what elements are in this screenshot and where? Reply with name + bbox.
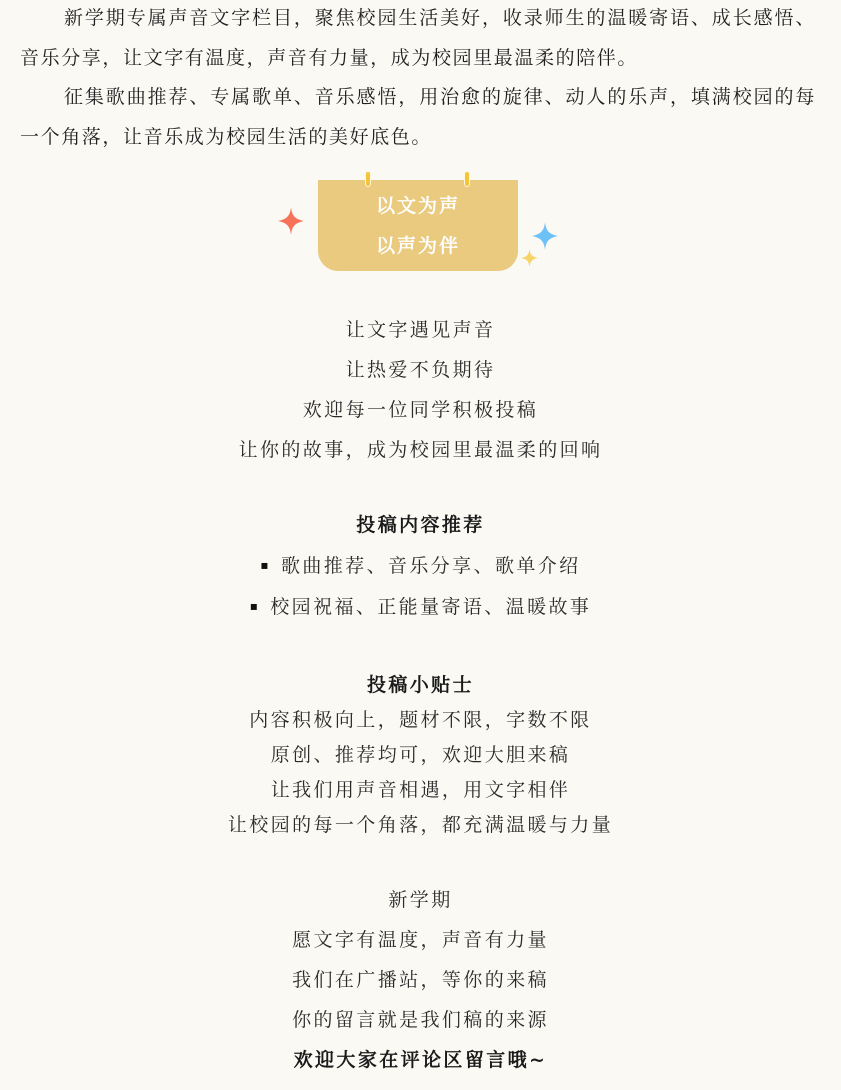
- binder-ring-icon: [365, 171, 371, 187]
- closing-line: 新学期: [0, 880, 841, 920]
- banner-line-2: 以声为伴: [376, 226, 460, 266]
- recommend-section: 投稿内容推荐 ▪歌曲推荐、音乐分享、歌单介绍 ▪校园祝福、正能量寄语、温暖故事: [0, 505, 841, 627]
- bullet-icon: ▪: [260, 558, 271, 572]
- recommend-item: ▪歌曲推荐、音乐分享、歌单介绍: [0, 545, 841, 586]
- sparkle-blue-icon: [532, 222, 558, 250]
- binder-ring-icon: [464, 171, 470, 187]
- recommend-item-text: 歌曲推荐、音乐分享、歌单介绍: [281, 555, 581, 577]
- verse-line: 让文字遇见声音: [0, 310, 841, 350]
- tips-line: 让我们用声音相遇，用文字相伴: [0, 773, 841, 808]
- call-to-action: 欢迎大家在评论区留言哦~: [0, 1040, 841, 1080]
- closing-line: 我们在广播站，等你的来稿: [0, 960, 841, 1000]
- closing-line: 愿文字有温度，声音有力量: [0, 920, 841, 960]
- banner-card: 以文为声 以声为伴: [318, 180, 518, 271]
- sparkle-red-icon: [278, 207, 304, 235]
- closing-section: 新学期 愿文字有温度，声音有力量 我们在广播站，等你的来稿 你的留言就是我们稿的…: [0, 880, 841, 1080]
- tips-line: 内容积极向上，题材不限，字数不限: [0, 703, 841, 738]
- closing-line: 你的留言就是我们稿的来源: [0, 1000, 841, 1040]
- recommend-item-text: 校园祝福、正能量寄语、温暖故事: [270, 596, 591, 618]
- tips-title: 投稿小贴士: [0, 668, 841, 703]
- recommend-title: 投稿内容推荐: [0, 505, 841, 545]
- verse-line: 欢迎每一位同学积极投稿: [0, 390, 841, 430]
- banner: 以文为声 以声为伴: [270, 165, 570, 280]
- tips-line: 原创、推荐均可，欢迎大胆来稿: [0, 738, 841, 773]
- intro-paragraph-1: 新学期专属声音文字栏目，聚焦校园生活美好，收录师生的温暖寄语、成长感悟、音乐分享…: [20, 0, 816, 78]
- tips-section: 投稿小贴士 内容积极向上，题材不限，字数不限 原创、推荐均可，欢迎大胆来稿 让我…: [0, 668, 841, 843]
- banner-line-1: 以文为声: [376, 186, 460, 226]
- recommend-item: ▪校园祝福、正能量寄语、温暖故事: [0, 586, 841, 627]
- verse-block: 让文字遇见声音 让热爱不负期待 欢迎每一位同学积极投稿 让你的故事，成为校园里最…: [0, 310, 841, 470]
- tips-line: 让校园的每一个角落，都充满温暖与力量: [0, 808, 841, 843]
- sparkle-yellow-icon: [521, 249, 538, 267]
- bullet-icon: ▪: [250, 599, 261, 613]
- intro-paragraph-2: 征集歌曲推荐、专属歌单、音乐感悟，用治愈的旋律、动人的乐声，填满校园的每一个角落…: [20, 77, 816, 157]
- verse-line: 让热爱不负期待: [0, 350, 841, 390]
- verse-line: 让你的故事，成为校园里最温柔的回响: [0, 430, 841, 470]
